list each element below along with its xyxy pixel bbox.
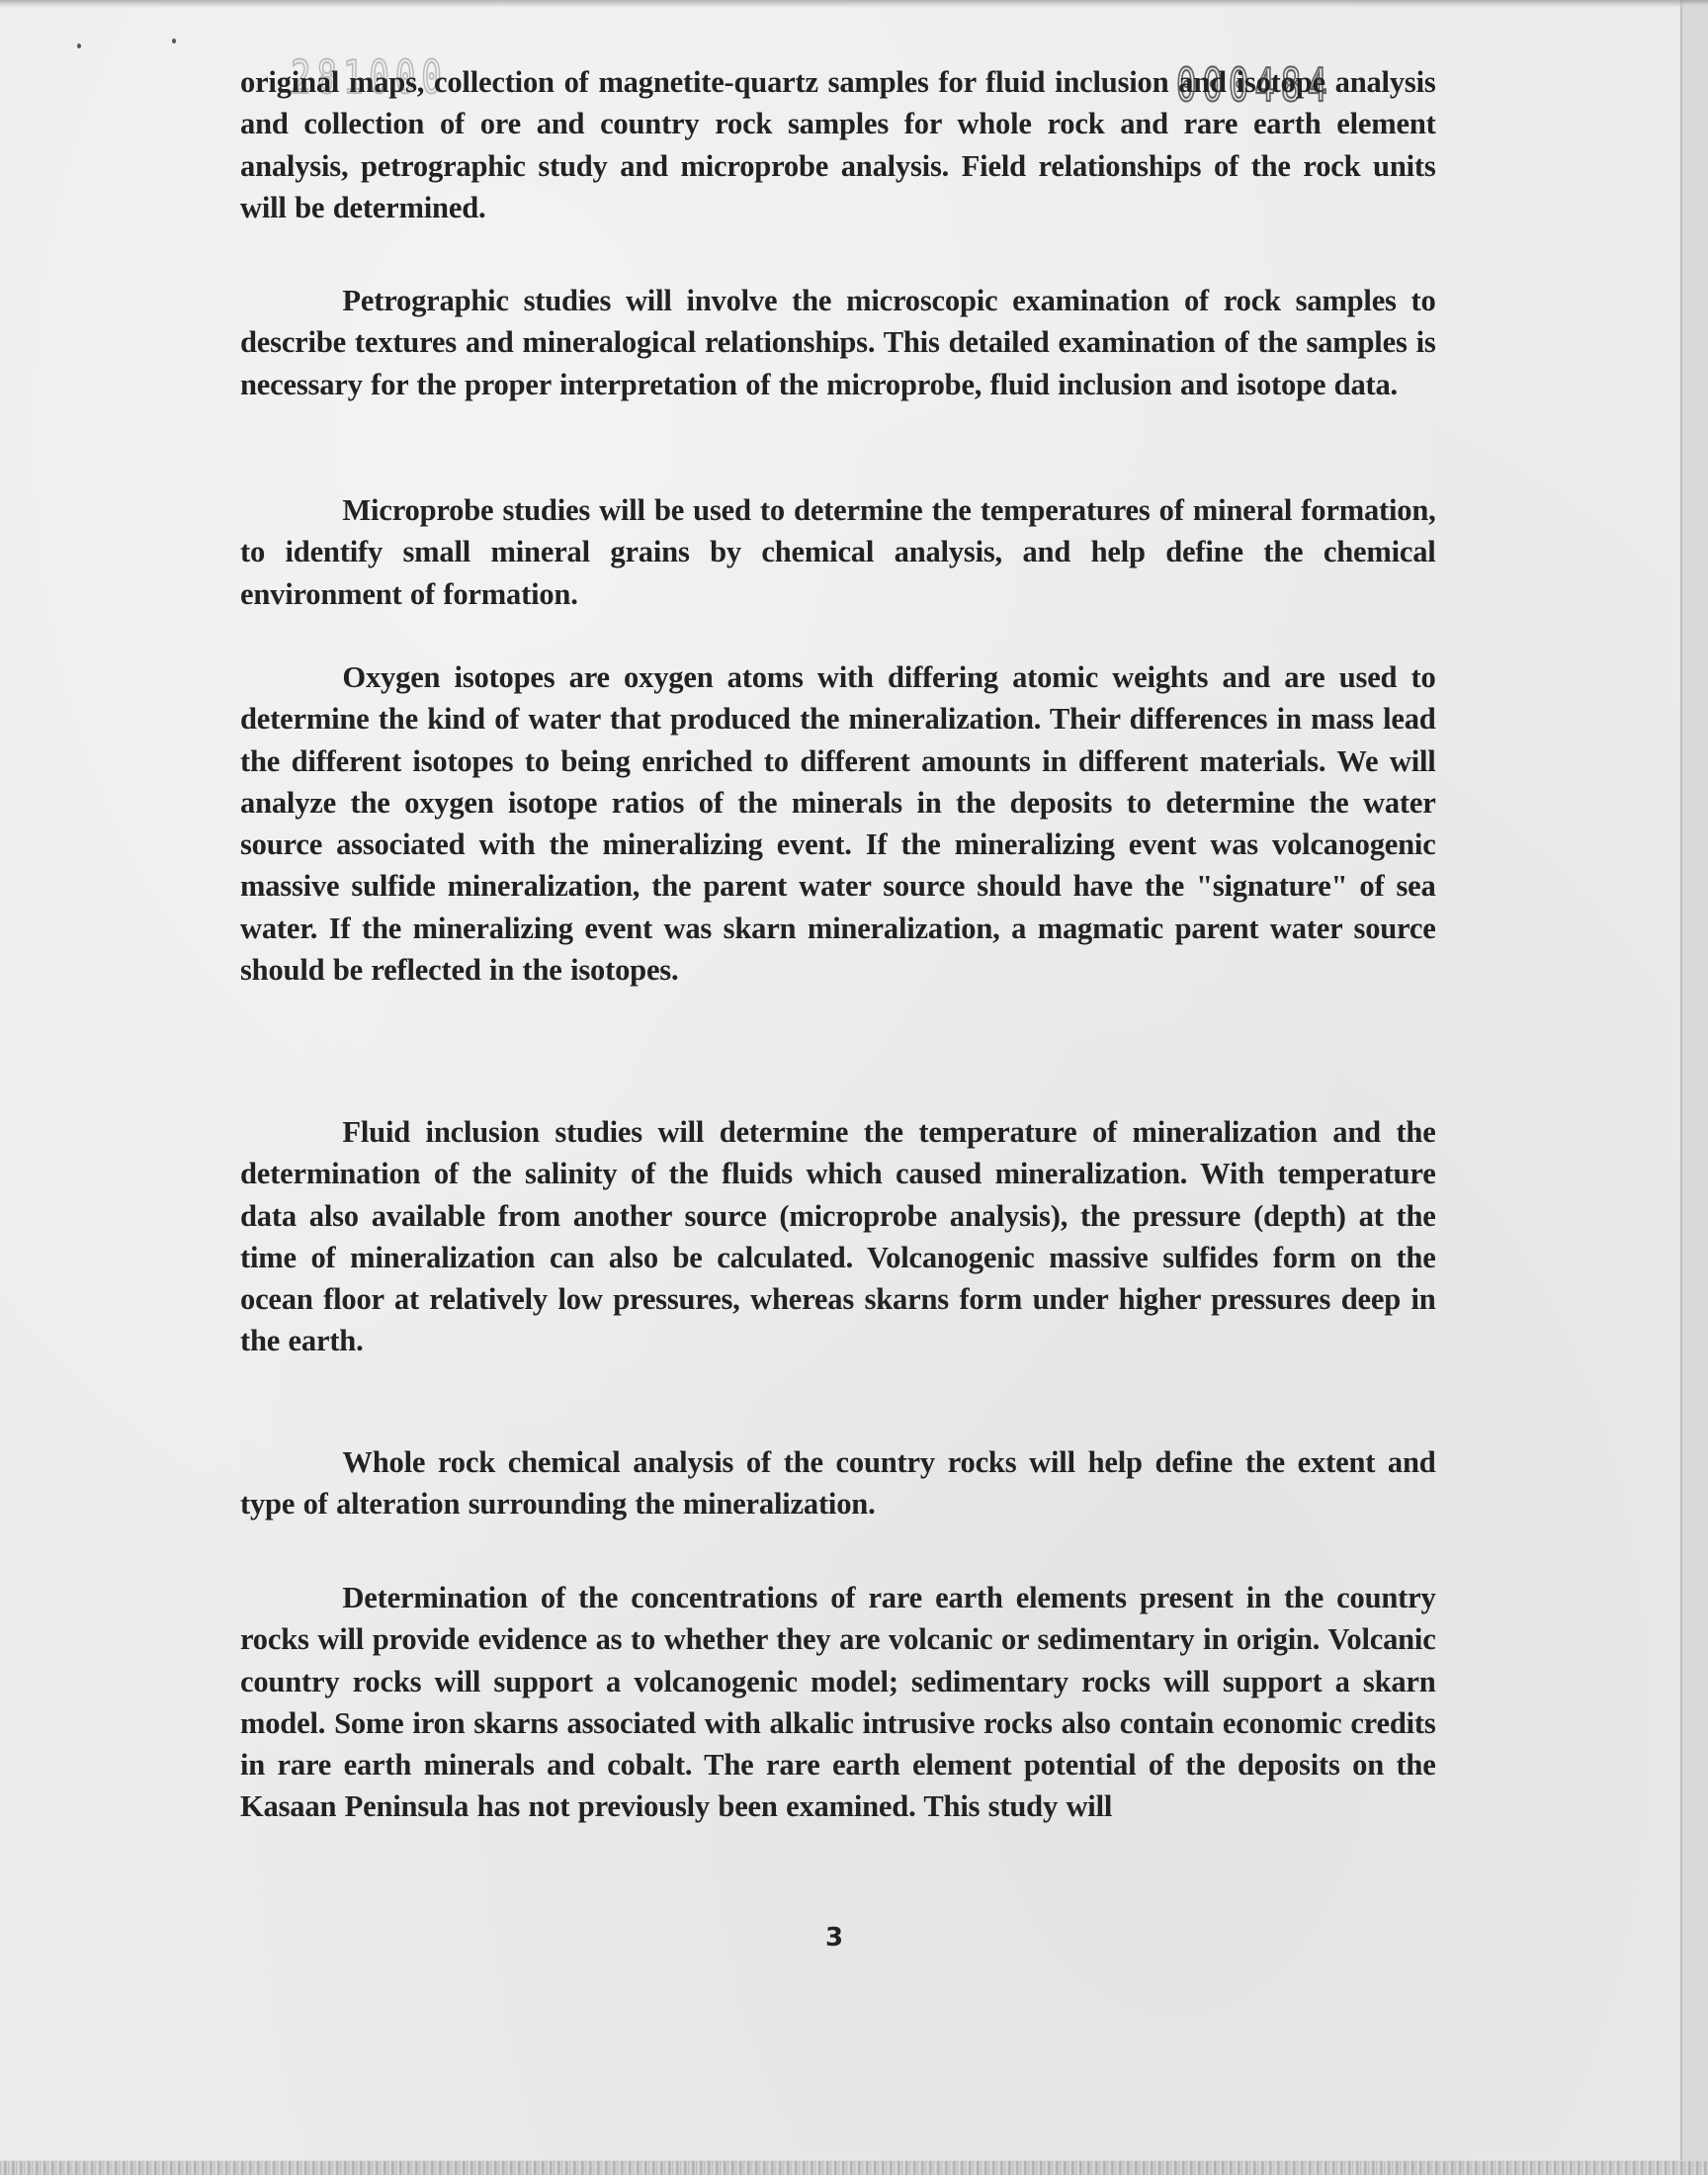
scan-speck [172,39,176,43]
paragraph-rare-earth-elements: Determination of the concentrations of r… [240,1577,1436,1828]
paragraph-text: Microprobe studies will be used to deter… [240,489,1436,615]
paragraph-whole-rock-analysis: Whole rock chemical analysis of the coun… [240,1441,1436,1525]
scan-top-edge [0,0,1708,8]
paragraph-text: Oxygen isotopes are oxygen atoms with di… [240,656,1436,991]
paragraph-text: original maps, collection of magnetite-q… [240,61,1436,228]
paragraph-fluid-inclusion-studies: Fluid inclusion studies will determine t… [240,1111,1436,1362]
paragraph-oxygen-isotopes: Oxygen isotopes are oxygen atoms with di… [240,656,1436,991]
paragraph-text: Petrographic studies will involve the mi… [240,280,1436,405]
paragraph-field-work-continued: original maps, collection of magnetite-q… [240,61,1436,228]
paragraph-microprobe-studies: Microprobe studies will be used to deter… [240,489,1436,615]
page-number: 3 [825,1923,843,1953]
paragraph-text: Determination of the concentrations of r… [240,1577,1436,1828]
paragraph-text: Fluid inclusion studies will determine t… [240,1111,1436,1362]
scan-speck [77,43,81,48]
paragraph-text: Whole rock chemical analysis of the coun… [240,1441,1436,1525]
paragraph-petrographic-studies: Petrographic studies will involve the mi… [240,280,1436,405]
scan-bottom-edge [0,2161,1708,2175]
document-page: 281000 000484 original maps, collection … [0,0,1682,2160]
